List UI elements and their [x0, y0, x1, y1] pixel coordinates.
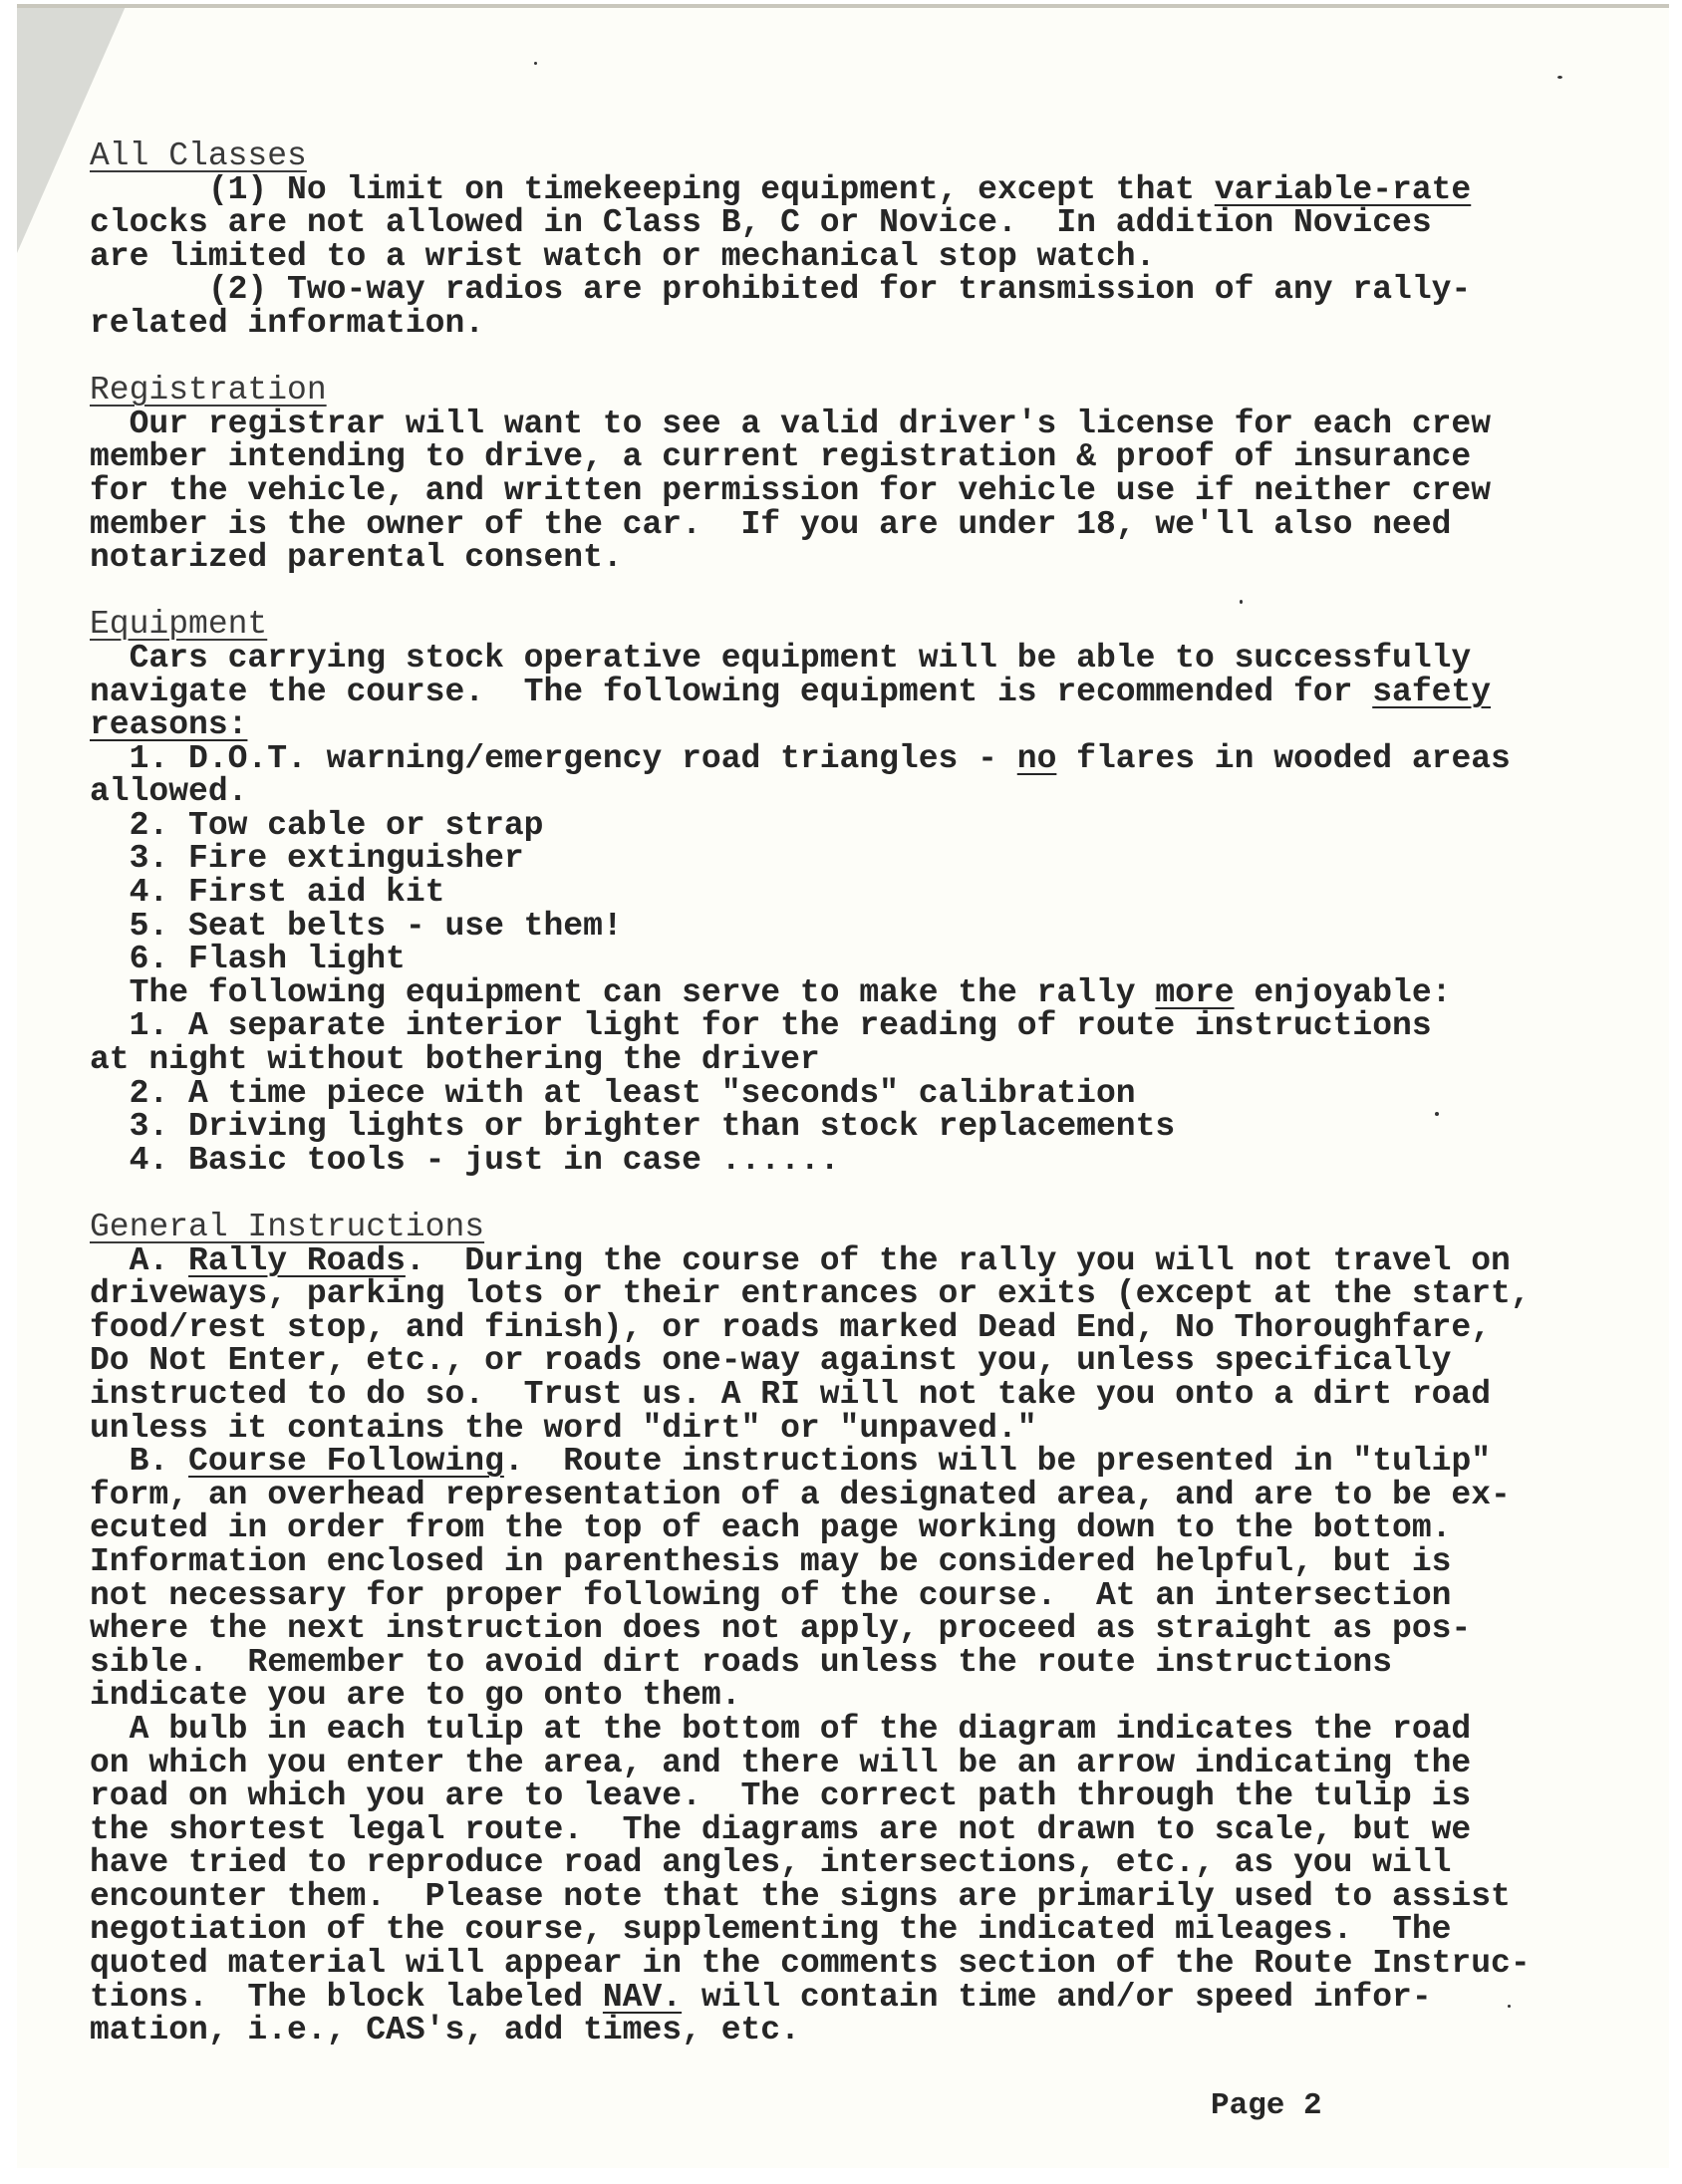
text-line: Do Not Enter, etc., or roads one-way aga…: [90, 1344, 1644, 1378]
text-segment: negotiation of the course, supplementing…: [90, 1911, 1451, 1948]
text-segment: are limited to a wrist watch or mechanic…: [90, 238, 1155, 275]
text-line: A. Rally Roads. During the course of the…: [90, 1244, 1644, 1278]
text-segment: 1. D.O.T. warning/emergency road triangl…: [90, 740, 1017, 777]
text-segment: B.: [90, 1443, 188, 1480]
text-line: 2. Tow cable or strap: [90, 809, 1644, 843]
text-line: clocks are not allowed in Class B, C or …: [90, 206, 1644, 240]
text-line: food/rest stop, and finish), or roads ma…: [90, 1311, 1644, 1345]
section-all-classes: All Classes (1) No limit on timekeeping …: [90, 139, 1644, 341]
text-segment: 6. Flash light: [90, 941, 406, 977]
text-segment: Cars carrying stock operative equipment …: [90, 640, 1471, 677]
text-line: navigate the course. The following equip…: [90, 676, 1644, 709]
section-gap: [90, 1177, 1644, 1211]
text-line: Our registrar will want to see a valid d…: [90, 408, 1644, 441]
text-segment: navigate the course. The following equip…: [90, 674, 1372, 710]
section-gap: [90, 341, 1644, 375]
text-segment: ecuted in order from the top of each pag…: [90, 1509, 1451, 1546]
scan-speck: [1435, 1112, 1439, 1116]
text-line: member intending to drive, a current reg…: [90, 440, 1644, 474]
text-line: 3. Fire extinguisher: [90, 842, 1644, 876]
text-segment: notarized parental consent.: [90, 539, 623, 576]
text-segment: the shortest legal route. The diagrams a…: [90, 1811, 1471, 1848]
text-line: (1) No limit on timekeeping equipment, e…: [90, 173, 1644, 207]
section-heading-line: Equipment: [90, 608, 1644, 642]
underlined-text: Rally Roads: [188, 1242, 406, 1279]
scan-speck: [1557, 76, 1562, 79]
section-registration: Registration Our registrar will want to …: [90, 374, 1644, 575]
text-segment: tions. The block labeled: [90, 1979, 603, 2016]
text-line: sible. Remember to avoid dirt roads unle…: [90, 1646, 1644, 1680]
text-segment: for the vehicle, and written permission …: [90, 472, 1491, 509]
text-segment: member is the owner of the car. If you a…: [90, 506, 1451, 543]
underlined-text: more: [1155, 974, 1234, 1011]
text-segment: member intending to drive, a current reg…: [90, 438, 1471, 475]
text-segment: Our registrar will want to see a valid d…: [90, 406, 1491, 442]
underlined-text: NAV.: [603, 1979, 682, 2016]
section-heading: General Instructions: [90, 1211, 484, 1244]
text-line: ecuted in order from the top of each pag…: [90, 1511, 1644, 1545]
text-line: indicate you are to go onto them.: [90, 1679, 1644, 1713]
text-segment: form, an overhead representation of a de…: [90, 1477, 1511, 1513]
section-general-instructions: General Instructions A. Rally Roads. Dur…: [90, 1211, 1644, 2047]
underlined-text: safety: [1372, 674, 1491, 710]
text-line: tions. The block labeled NAV. will conta…: [90, 1981, 1644, 2015]
text-segment: mation, i.e., CAS's, add times, etc.: [90, 2012, 800, 2048]
text-segment: clocks are not allowed in Class B, C or …: [90, 204, 1432, 241]
text-line: Cars carrying stock operative equipment …: [90, 642, 1644, 676]
text-segment: related information.: [90, 305, 484, 342]
text-line: are limited to a wrist watch or mechanic…: [90, 240, 1644, 274]
text-line: have tried to reproduce road angles, int…: [90, 1846, 1644, 1880]
page-top-edge: [17, 4, 1669, 8]
text-line: road on which you are to leave. The corr…: [90, 1779, 1644, 1813]
section-equipment: Equipment Cars carrying stock operative …: [90, 608, 1644, 1177]
text-segment: 2. Tow cable or strap: [90, 807, 543, 844]
text-line: 2. A time piece with at least "seconds" …: [90, 1077, 1644, 1111]
text-segment: food/rest stop, and finish), or roads ma…: [90, 1309, 1491, 1346]
text-line: 1. A separate interior light for the rea…: [90, 1009, 1644, 1043]
text-line: 5. Seat belts - use them!: [90, 910, 1644, 944]
text-segment: flares in wooded areas: [1056, 740, 1510, 777]
text-line: on which you enter the area, and there w…: [90, 1747, 1644, 1780]
text-line: 4. First aid kit: [90, 876, 1644, 910]
text-segment: at night without bothering the driver: [90, 1041, 820, 1078]
text-segment: 3. Fire extinguisher: [90, 840, 524, 877]
section-heading-line: Registration: [90, 374, 1644, 408]
text-line: 6. Flash light: [90, 943, 1644, 976]
section-heading-line: All Classes: [90, 139, 1644, 173]
page-number: Page 2: [1211, 2088, 1322, 2123]
text-line: allowed.: [90, 775, 1644, 809]
text-segment: on which you enter the area, and there w…: [90, 1745, 1471, 1781]
text-segment: will contain time and/or speed infor-: [682, 1979, 1432, 2016]
text-line: 4. Basic tools - just in case ......: [90, 1144, 1644, 1178]
text-line: member is the owner of the car. If you a…: [90, 508, 1644, 542]
text-segment: driveways, parking lots or their entranc…: [90, 1275, 1531, 1312]
underlined-text: Course Following: [188, 1443, 504, 1480]
section-heading: Registration: [90, 374, 327, 408]
text-segment: have tried to reproduce road angles, int…: [90, 1844, 1451, 1881]
scan-speck: [1240, 600, 1243, 604]
text-segment: 4. First aid kit: [90, 874, 444, 911]
text-line: (2) Two-way radios are prohibited for tr…: [90, 273, 1644, 307]
text-line: instructed to do so. Trust us. A RI will…: [90, 1378, 1644, 1412]
text-line: reasons:: [90, 708, 1644, 742]
text-segment: encounter them. Please note that the sig…: [90, 1878, 1511, 1915]
section-heading-line: General Instructions: [90, 1211, 1644, 1244]
section-gap: [90, 575, 1644, 609]
section-heading: Equipment: [90, 608, 267, 642]
text-segment: 3. Driving lights or brighter than stock…: [90, 1108, 1175, 1145]
scan-speck: [1508, 2005, 1511, 2008]
text-segment: A.: [90, 1242, 188, 1279]
text-line: form, an overhead representation of a de…: [90, 1479, 1644, 1512]
text-segment: 4. Basic tools - just in case ......: [90, 1142, 840, 1179]
text-segment: not necessary for proper following of th…: [90, 1577, 1451, 1614]
underlined-text: reasons:: [90, 706, 247, 743]
text-line: A bulb in each tulip at the bottom of th…: [90, 1713, 1644, 1747]
text-line: the shortest legal route. The diagrams a…: [90, 1813, 1644, 1847]
text-segment: 5. Seat belts - use them!: [90, 908, 623, 945]
text-segment: road on which you are to leave. The corr…: [90, 1777, 1471, 1814]
text-line: driveways, parking lots or their entranc…: [90, 1277, 1644, 1311]
text-segment: allowed.: [90, 773, 247, 810]
text-line: 3. Driving lights or brighter than stock…: [90, 1110, 1644, 1144]
text-segment: . During the course of the rally you wil…: [406, 1242, 1511, 1279]
text-line: encounter them. Please note that the sig…: [90, 1880, 1644, 1914]
text-segment: unless it contains the word "dirt" or "u…: [90, 1410, 1037, 1447]
text-segment: sible. Remember to avoid dirt roads unle…: [90, 1644, 1392, 1681]
text-segment: indicate you are to go onto them.: [90, 1677, 741, 1714]
underlined-text: variable-rate: [1215, 171, 1471, 208]
text-line: B. Course Following. Route instructions …: [90, 1445, 1644, 1479]
text-segment: Information enclosed in parenthesis may …: [90, 1543, 1451, 1580]
text-line: for the vehicle, and written permission …: [90, 474, 1644, 508]
text-line: unless it contains the word "dirt" or "u…: [90, 1412, 1644, 1446]
section-heading: All Classes: [90, 139, 307, 173]
document-body: All Classes (1) No limit on timekeeping …: [90, 139, 1644, 2047]
text-segment: (1) No limit on timekeeping equipment, e…: [90, 171, 1215, 208]
scan-speck: [534, 62, 537, 65]
text-segment: The following equipment can serve to mak…: [90, 974, 1155, 1011]
text-segment: (2) Two-way radios are prohibited for tr…: [90, 271, 1471, 308]
text-line: notarized parental consent.: [90, 541, 1644, 575]
text-line: 1. D.O.T. warning/emergency road triangl…: [90, 742, 1644, 776]
text-segment: 2. A time piece with at least "seconds" …: [90, 1075, 1136, 1112]
text-segment: quoted material will appear in the comme…: [90, 1945, 1531, 1982]
text-line: at night without bothering the driver: [90, 1043, 1644, 1077]
text-line: where the next instruction does not appl…: [90, 1612, 1644, 1646]
text-segment: Do Not Enter, etc., or roads one-way aga…: [90, 1342, 1451, 1379]
text-segment: 1. A separate interior light for the rea…: [90, 1007, 1432, 1044]
text-line: mation, i.e., CAS's, add times, etc.: [90, 2014, 1644, 2047]
text-line: not necessary for proper following of th…: [90, 1579, 1644, 1613]
text-line: negotiation of the course, supplementing…: [90, 1913, 1644, 1947]
text-segment: instructed to do so. Trust us. A RI will…: [90, 1376, 1491, 1413]
text-line: related information.: [90, 307, 1644, 341]
text-line: Information enclosed in parenthesis may …: [90, 1545, 1644, 1579]
text-line: quoted material will appear in the comme…: [90, 1947, 1644, 1981]
text-segment: A bulb in each tulip at the bottom of th…: [90, 1711, 1471, 1748]
text-segment: enjoyable:: [1235, 974, 1452, 1011]
underlined-text: no: [1017, 740, 1057, 777]
text-segment: . Route instructions will be presented i…: [504, 1443, 1491, 1480]
text-segment: where the next instruction does not appl…: [90, 1610, 1471, 1647]
text-line: The following equipment can serve to mak…: [90, 976, 1644, 1010]
